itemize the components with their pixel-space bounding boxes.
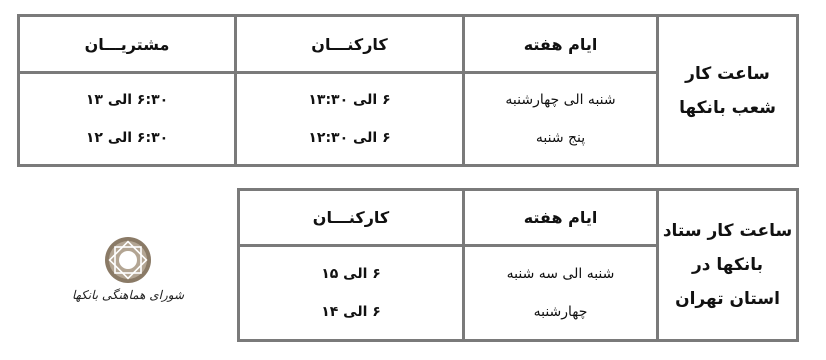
header-staff-label: کارکنـــان [311,35,387,54]
headquarters-hours-table: کارکنـــان ایام هفته ۶ الی ۱۵ ۶ الی ۱۴ ش… [237,188,799,342]
header-customers-label: مشتریـــان [85,35,170,54]
side-label-line-1: ساعت کار [685,57,770,91]
days-cell: شنبه الی سه شنبه چهارشنبه [465,247,656,339]
staff-hours-cell: ۶ الی ۱۳:۳۰ ۶ الی ۱۲:۳۰ [237,74,462,164]
side-label-line-2: بانکها در [692,248,763,282]
staff-hours-row-2: ۶ الی ۱۲:۳۰ [308,119,390,157]
header-customers: مشتریـــان [20,17,234,71]
days-row-1: شنبه الی چهارشنبه [505,81,615,119]
side-label-line-3: استان تهران [675,282,780,316]
customers-hours-row-1: ۶:۳۰ الی ۱۳ [86,81,168,119]
header-staff: کارکنـــان [240,191,462,244]
side-label-headquarters: ساعت کار ستاد بانکها در استان تهران [659,191,796,339]
staff-hours-row-1: ۶ الی ۱۵ [321,255,381,293]
header-staff-label: کارکنـــان [313,208,389,227]
banking-council-logo: شورای هماهنگی بانکها [78,236,178,316]
customers-hours-row-2: ۶:۳۰ الی ۱۲ [86,119,168,157]
logo-caption: شورای هماهنگی بانکها [72,288,184,302]
header-days: ایام هفته [465,17,656,71]
octagram-rosette-icon [104,236,152,284]
header-staff: کارکنـــان [237,17,462,71]
customers-hours-cell: ۶:۳۰ الی ۱۳ ۶:۳۰ الی ۱۲ [20,74,234,164]
header-days-label: ایام هفته [524,208,598,227]
side-label-line-2: شعب بانکها [679,91,776,125]
staff-hours-row-1: ۶ الی ۱۳:۳۰ [308,81,390,119]
staff-hours-cell: ۶ الی ۱۵ ۶ الی ۱۴ [240,247,462,339]
days-cell: شنبه الی چهارشنبه پنج شنبه [465,74,656,164]
header-days-label: ایام هفته [524,35,598,54]
days-row-1: شنبه الی سه شنبه [507,255,615,293]
days-row-2: پنج شنبه [536,119,585,157]
branches-hours-table: مشتریـــان کارکنـــان ایام هفته ۶:۳۰ الی… [17,14,799,167]
side-label-line-1: ساعت کار ستاد [663,214,792,248]
days-row-2: چهارشنبه [534,293,588,331]
staff-hours-row-2: ۶ الی ۱۴ [321,293,381,331]
side-label-branches: ساعت کار شعب بانکها [659,17,796,164]
header-days: ایام هفته [465,191,656,244]
